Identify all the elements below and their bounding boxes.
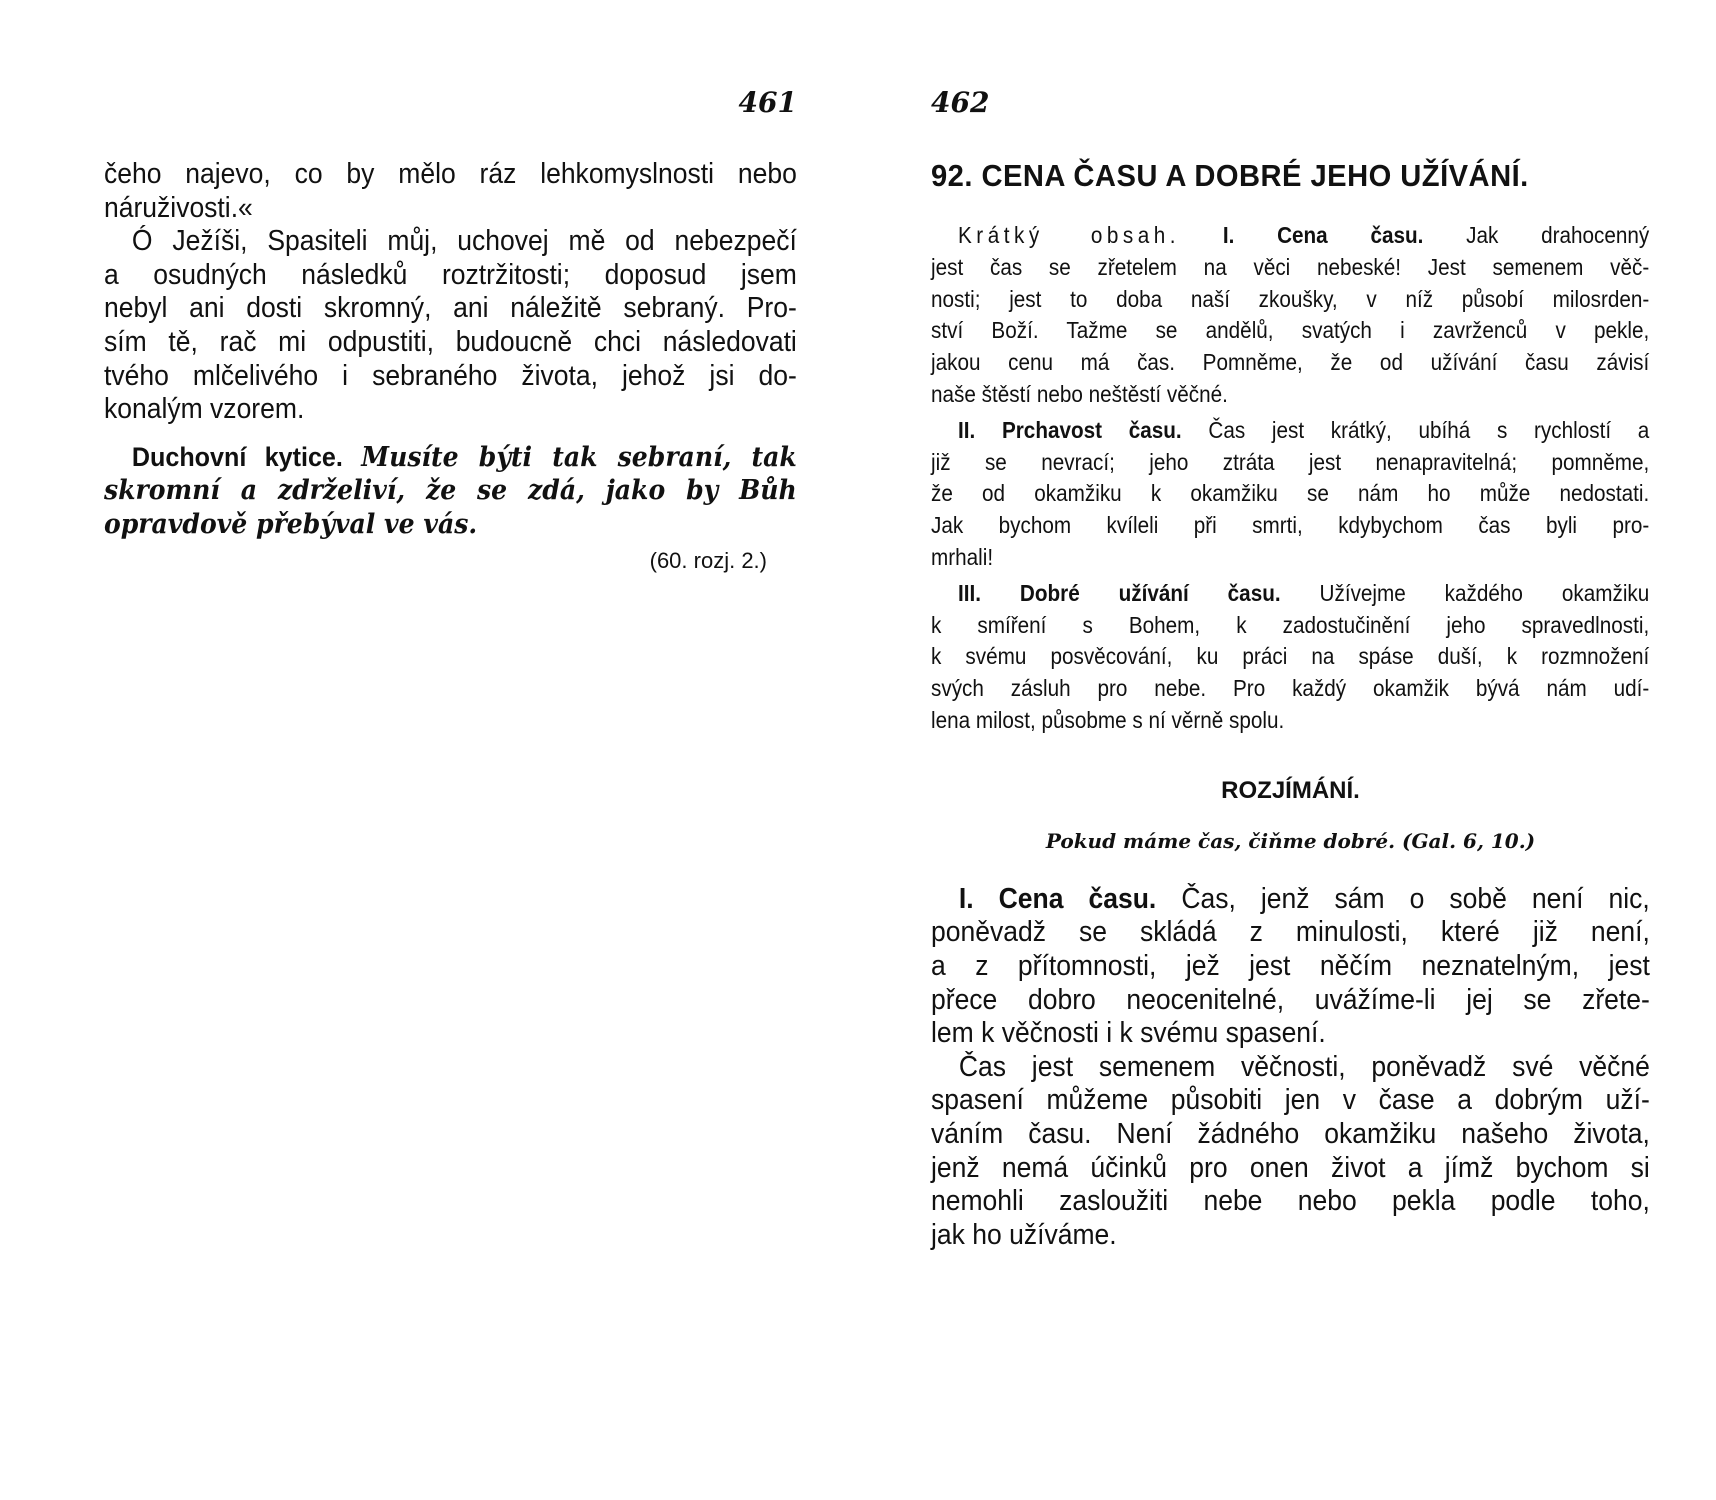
text-line: jakou cenu má čas. Pomněme, že od užíván… bbox=[931, 347, 1649, 379]
text-line: čeho najevo, co by mělo ráz lehkomyslnos… bbox=[104, 158, 797, 192]
text-line: již se nevrací; jeho ztráta jest nenapra… bbox=[931, 447, 1649, 479]
text-line: nebyl ani dosti skromný, ani náležitě se… bbox=[104, 292, 797, 326]
point-label: I. Cena času. bbox=[1223, 222, 1424, 248]
text-line: konalým vzorem. bbox=[104, 393, 797, 427]
text-line: I. Cena času. Čas, jenž sám o sobě není … bbox=[931, 883, 1650, 917]
bouquet-label: Duchovní kytice. bbox=[132, 442, 343, 472]
text-line: a osudných následků roztržitosti; doposu… bbox=[104, 259, 797, 293]
summary-label: Krátký obsah. bbox=[958, 222, 1180, 248]
text-line: jenž nemá účinků pro onen život a jímž b… bbox=[931, 1152, 1650, 1186]
text-line: že od okamžiku k okamžiku se nám ho může… bbox=[931, 478, 1649, 510]
left-text-column: čeho najevo, co by mělo ráz lehkomyslnos… bbox=[104, 158, 797, 574]
text-line: naše štěstí nebo neštěstí věčné. bbox=[931, 379, 1649, 411]
bouquet-source: (60. rozj. 2.) bbox=[104, 548, 797, 574]
text-line: nosti; jest to doba naší zkoušky, v níž … bbox=[931, 284, 1649, 316]
text-line: svých zásluh pro nebe. Pro každý okamžik… bbox=[931, 673, 1649, 705]
spiritual-bouquet: Duchovní kytice. Musíte býti tak sebraní… bbox=[104, 441, 797, 574]
text-line: váním času. Není žádného okamžiku našeho… bbox=[931, 1118, 1650, 1152]
text-line: spasení můžeme působiti jen v čase a dob… bbox=[931, 1084, 1650, 1118]
bouquet-text: opravdově přebýval ve vás. bbox=[104, 508, 797, 542]
text-span: Čas jest krátký, ubíhá s rychlostí a bbox=[1208, 417, 1649, 443]
bouquet-text: Musíte býti tak sebraní, tak bbox=[361, 442, 797, 473]
text-line: lem k věčnosti i k svému spasení. bbox=[931, 1017, 1650, 1051]
text-line: a z přítomnosti, jež jest něčím neznatel… bbox=[931, 950, 1650, 984]
text-span: Čas, jenž sám o sobě není nic, bbox=[1181, 883, 1649, 915]
text-line: II. Prchavost času. Čas jest krátký, ubí… bbox=[931, 415, 1649, 447]
chapter-title: 92. CENA ČASU A DOBRÉ JEHO UŽÍVÁNÍ. bbox=[931, 158, 1607, 194]
text-line: lena milost, působme s ní věrně spolu. bbox=[931, 705, 1649, 737]
text-line: Duchovní kytice. Musíte býti tak sebraní… bbox=[104, 441, 797, 475]
meditation-heading: ROZJÍMÁNÍ. bbox=[931, 777, 1650, 805]
text-span: Jak drahocenný bbox=[1466, 222, 1649, 248]
text-line: jest čas se zřetelem na věci nebeské! Je… bbox=[931, 252, 1649, 284]
text-line: Jak bychom kvíleli při smrti, kdybychom … bbox=[931, 510, 1649, 542]
meditation-motto: Pokud máme čas, čiňme dobré. (Gal. 6, 10… bbox=[931, 829, 1650, 853]
text-line: k smíření s Bohem, k zadostučinění jeho … bbox=[931, 610, 1649, 642]
text-line: k svému posvěcování, ku práci na spáse d… bbox=[931, 641, 1649, 673]
bouquet-text: skromní a zdrželiví, že se zdá, jako by … bbox=[104, 474, 797, 508]
right-text-column: 92. CENA ČASU A DOBRÉ JEHO UŽÍVÁNÍ. Krát… bbox=[931, 158, 1650, 1252]
section-label: I. Cena času. bbox=[959, 883, 1156, 915]
text-line: Krátký obsah. I. Cena času. Jak drahocen… bbox=[931, 220, 1649, 252]
text-line: Ó Ježíši, Spasiteli můj, uchovej mě od n… bbox=[104, 225, 797, 259]
text-line: náruživosti.« bbox=[104, 192, 797, 226]
text-line: ství Boží. Tažme se andělů, svatých i za… bbox=[931, 315, 1649, 347]
text-line: přece dobro neocenitelné, uvážíme-li jej… bbox=[931, 984, 1650, 1018]
page-number: 461 bbox=[739, 86, 797, 119]
text-line: mrhali! bbox=[931, 542, 1649, 574]
point-label: II. Prchavost času. bbox=[958, 417, 1182, 443]
text-line: poněvadž se skládá z minulosti, které ji… bbox=[931, 916, 1650, 950]
text-line: nemohli zasloužiti nebe nebo pekla podle… bbox=[931, 1185, 1650, 1219]
text-span: Užívejme každého okamžiku bbox=[1320, 580, 1650, 606]
meditation-body: I. Cena času. Čas, jenž sám o sobě není … bbox=[931, 883, 1650, 1253]
text-line: Čas jest semenem věčnosti, poněvadž své … bbox=[931, 1051, 1650, 1085]
point-label: III. Dobré užívání času. bbox=[958, 580, 1281, 606]
text-line: III. Dobré užívání času. Užívejme každéh… bbox=[931, 578, 1649, 610]
summary: Krátký obsah. I. Cena času. Jak drahocen… bbox=[931, 220, 1650, 737]
text-line: sím tě, rač mi odpustiti, budoucně chci … bbox=[104, 326, 797, 360]
page-number: 462 bbox=[931, 86, 989, 119]
text-line: jak ho užíváme. bbox=[931, 1219, 1650, 1253]
text-line: tvého mlčelivého i sebraného života, jeh… bbox=[104, 360, 797, 394]
